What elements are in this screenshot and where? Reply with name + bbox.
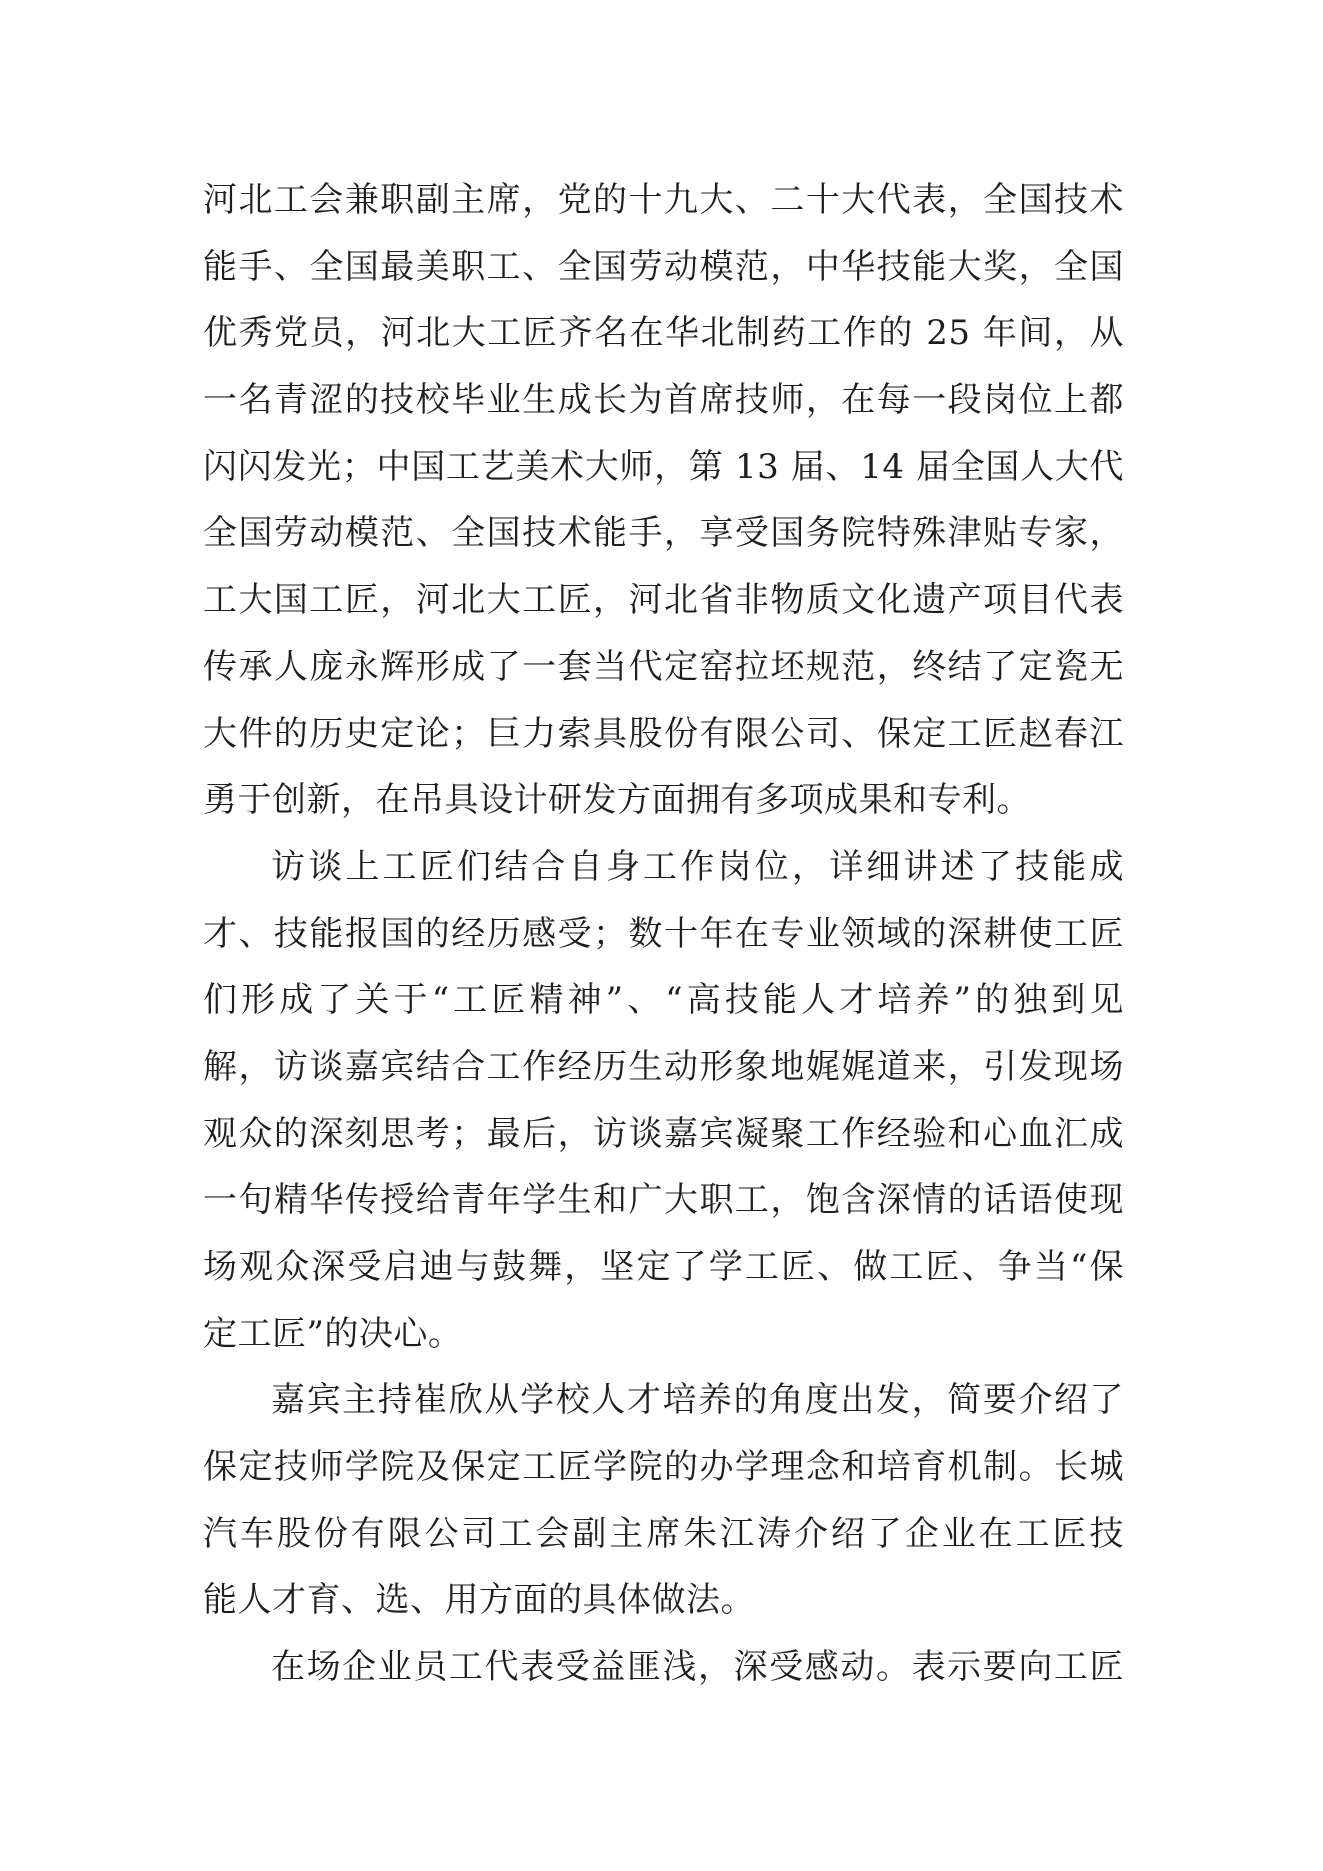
text-line: 大件的历史定论；巨力索具股份有限公司、保定工匠赵春江 — [203, 701, 1124, 768]
text-line: 全国劳动模范、全国技术能手，享受国务院特殊津贴专家，轻 — [203, 500, 1124, 567]
text-line: 们形成了关于“工匠精神”、“高技能人才培养”的独到见 — [203, 967, 1124, 1034]
document-text: 河北工会兼职副主席，党的十九大、二十大代表，全国技术能手、全国最美职工、全国劳动… — [203, 167, 1124, 1701]
text-line: 定工匠”的决心。 — [203, 1301, 1124, 1368]
text-line: 汽车股份有限公司工会副主席朱江涛介绍了企业在工匠技 — [203, 1501, 1124, 1568]
text-line: 嘉宾主持崔欣从学校人才培养的角度出发，简要介绍了 — [203, 1367, 1124, 1434]
text-line: 观众的深刻思考；最后，访谈嘉宾凝聚工作经验和心血汇成 — [203, 1101, 1124, 1168]
text-line: 一句精华传授给青年学生和广大职工，饱含深情的话语使现 — [203, 1167, 1124, 1234]
text-line: 场观众深受启迪与鼓舞，坚定了学工匠、做工匠、争当“保 — [203, 1234, 1124, 1301]
text-line: 勇于创新，在吊具设计研发方面拥有多项成果和专利。 — [203, 767, 1124, 834]
text-line: 能手、全国最美职工、全国劳动模范，中华技能大奖，全国 — [203, 234, 1124, 301]
text-line: 能人才育、选、用方面的具体做法。 — [203, 1567, 1124, 1634]
text-line: 保定技师学院及保定工匠学院的办学理念和培育机制。长城 — [203, 1434, 1124, 1501]
text-line: 工大国工匠，河北大工匠，河北省非物质文化遗产项目代表性 — [203, 567, 1124, 634]
text-line: 优秀党员，河北大工匠齐名在华北制药工作的 25 年间，从 — [203, 300, 1124, 367]
text-line: 解，访谈嘉宾结合工作经历生动形象地娓娓道来，引发现场 — [203, 1034, 1124, 1101]
document-page: 河北工会兼职副主席，党的十九大、二十大代表，全国技术能手、全国最美职工、全国劳动… — [0, 0, 1323, 1871]
text-line: 才、技能报国的经历感受；数十年在专业领域的深耕使工匠 — [203, 901, 1124, 968]
text-line: 访谈上工匠们结合自身工作岗位，详细讲述了技能成 — [203, 834, 1124, 901]
text-line: 传承人庞永辉形成了一套当代定窑拉坯规范，终结了定瓷无 — [203, 634, 1124, 701]
text-line: 一名青涩的技校毕业生成长为首席技师，在每一段岗位上都 — [203, 367, 1124, 434]
text-line: 河北工会兼职副主席，党的十九大、二十大代表，全国技术 — [203, 167, 1124, 234]
text-line: 在场企业员工代表受益匪浅，深受感动。表示要向工匠 — [203, 1634, 1124, 1701]
text-line: 闪闪发光；中国工艺美术大师，第 13 届、14 届全国人大代表， — [203, 434, 1124, 501]
